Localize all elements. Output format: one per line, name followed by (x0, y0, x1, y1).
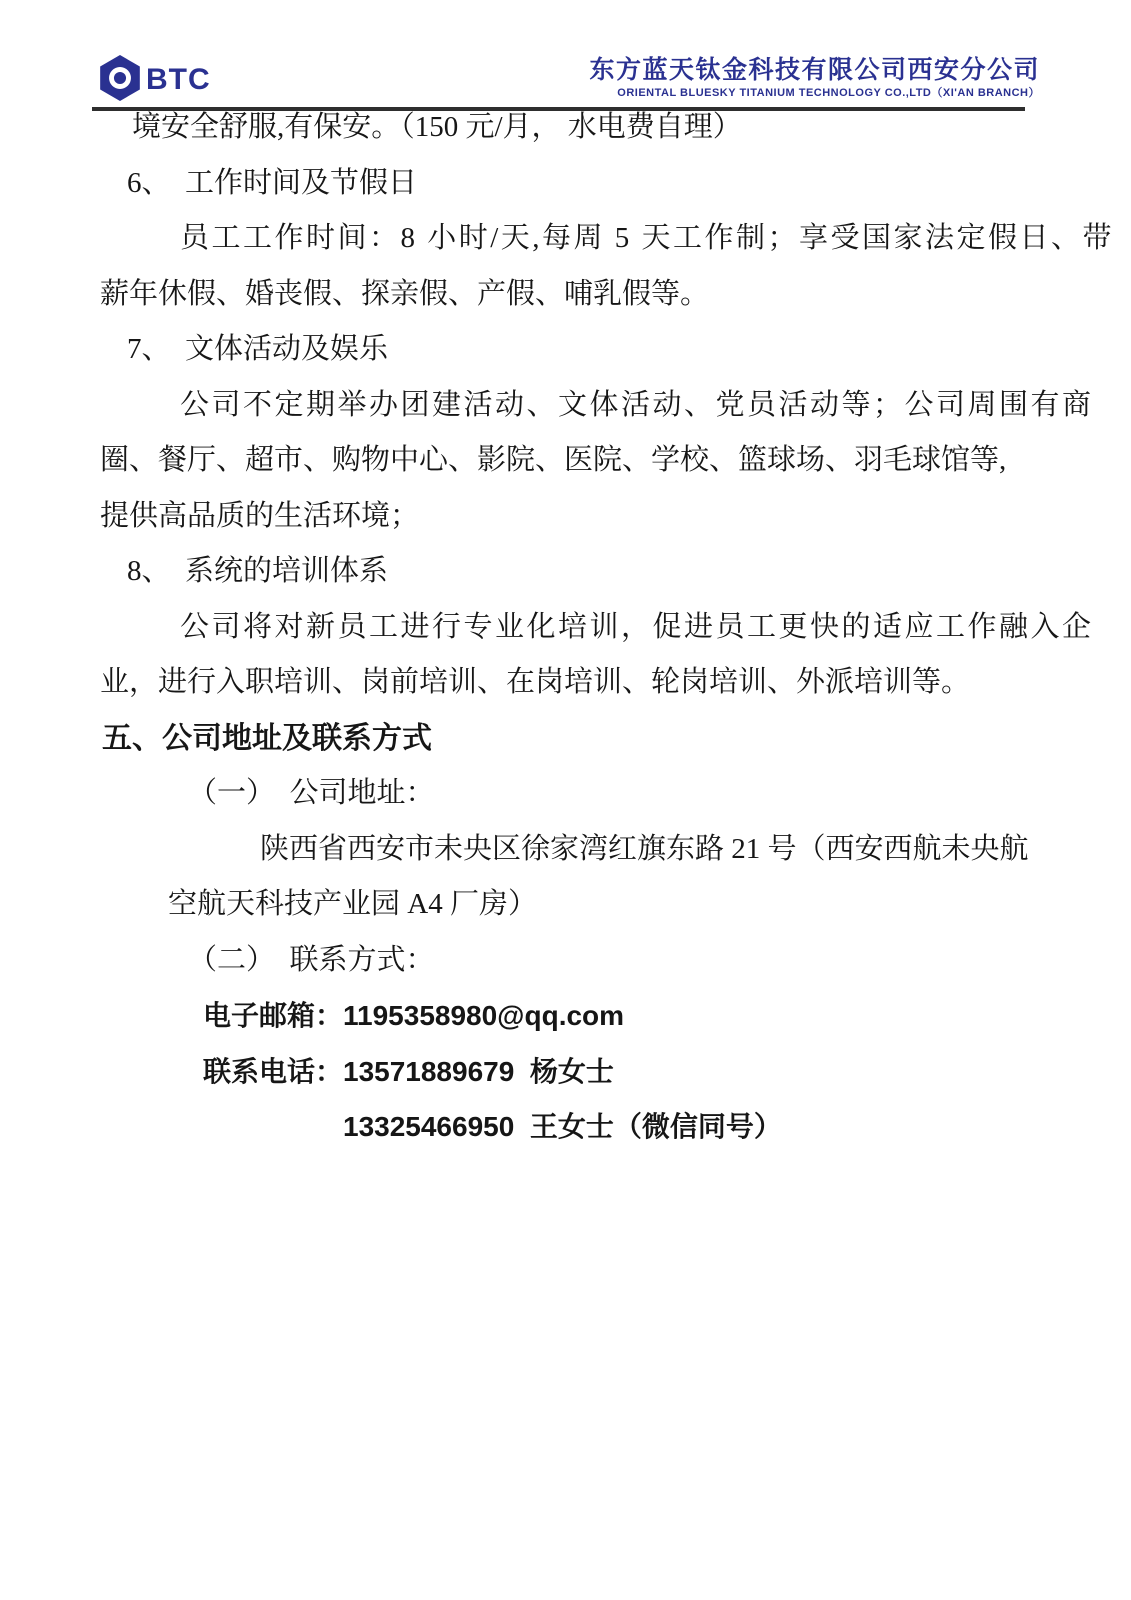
document-body: 境安全舒服,有保安。（150 元/月， 水电费自理） 6、 工作时间及节假日 员… (100, 100, 1022, 1155)
company-address-line: 陕西省西安市未央区徐家湾红旗东路 21 号（西安西航未央航 (260, 822, 1022, 878)
company-name-cn: 东方蓝天钛金科技有限公司西安分公司 (589, 55, 1040, 85)
item-7-paragraph-line: 提供高品质的生活环境； (100, 489, 1022, 545)
item-6-heading: 6、 工作时间及节假日 (127, 156, 1022, 212)
phone-line-1: 联系电话：13571889679 杨女士 (203, 1044, 1022, 1100)
phone-line-2: 13325466950 王女士（微信同号） (343, 1099, 1022, 1155)
company-logo: BTC (97, 54, 211, 102)
item-8-paragraph-line: 业，进行入职培训、岗前培训、在岗培训、轮岗培训、外派培训等。 (100, 655, 1022, 711)
company-name-block: 东方蓝天钛金科技有限公司西安分公司 ORIENTAL BLUESKY TITAN… (589, 55, 1040, 101)
item-8-paragraph-line: 公司将对新员工进行专业化培训，促进员工更快的适应工作融入企 (100, 600, 1022, 656)
subsection-1-heading: （一） 公司地址： (188, 766, 1022, 822)
item-7-paragraph-line: 圈、餐厅、超市、购物中心、影院、医院、学校、篮球场、羽毛球馆等, (100, 433, 1022, 489)
item-6-paragraph-line: 薪年休假、婚丧假、探亲假、产假、哺乳假等。 (100, 267, 1022, 323)
item-6-paragraph-line: 员工工作时间：8 小时/天,每周 5 天工作制；享受国家法定假日、带 (100, 211, 1022, 267)
continued-text-line: 境安全舒服,有保安。（150 元/月， 水电费自理） (132, 100, 1022, 156)
document-page: BTC 东方蓝天钛金科技有限公司西安分公司 ORIENTAL BLUESKY T… (0, 0, 1131, 1600)
section-5-heading: 五、公司地址及联系方式 (102, 711, 1022, 767)
email-line: 电子邮箱：1195358980@qq.com (203, 988, 1022, 1044)
item-8-heading: 8、 系统的培训体系 (127, 544, 1022, 600)
subsection-2-heading: （二） 联系方式： (188, 933, 1022, 989)
hex-nut-icon (97, 54, 143, 102)
item-7-paragraph-line: 公司不定期举办团建活动、文体活动、党员活动等；公司周围有商 (100, 378, 1022, 434)
item-7-heading: 7、 文体活动及娱乐 (127, 322, 1022, 378)
logo-text: BTC (146, 61, 211, 95)
company-address-line: 空航天科技产业园 A4 厂房） (168, 877, 1022, 933)
company-name-en: ORIENTAL BLUESKY TITANIUM TECHNOLOGY CO.… (589, 85, 1040, 101)
